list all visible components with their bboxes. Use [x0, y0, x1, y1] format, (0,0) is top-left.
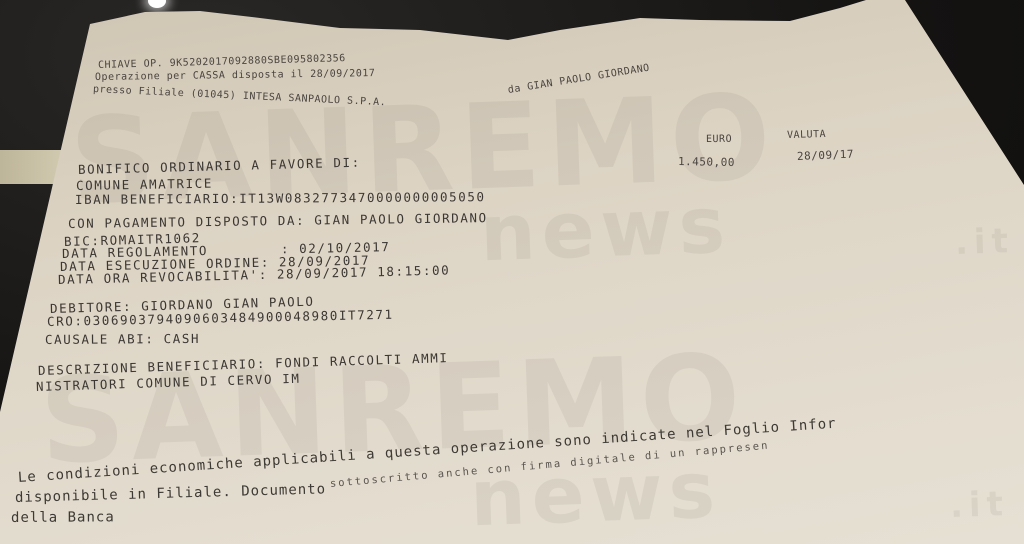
footer-conditions-line3: della Banca — [11, 509, 115, 526]
photo-scene: SANREMO news .it SANREMO news .it CHIAVE… — [0, 0, 1024, 544]
operazione-text: Operazione per CASSA disposta il 28/09/2… — [95, 68, 376, 83]
footer-conditions-line2a: disponibile in Filiale. Documento — [15, 481, 326, 506]
valuta-label: VALUTA — [787, 129, 826, 141]
bank-receipt: SANREMO news .it SANREMO news .it CHIAVE… — [0, 0, 1024, 544]
watermark-tld: .it — [954, 221, 1014, 263]
operazione-ordinante: da GIAN PAOLO GIORDANO — [507, 63, 650, 96]
filiale-text: presso Filiale (01045) INTESA SANPAOLO S… — [93, 84, 387, 108]
euro-amount: 1.450,00 — [678, 155, 735, 169]
light-flare — [148, 0, 166, 8]
bonifico-title: BONIFICO ORDINARIO A FAVORE DI: — [78, 155, 361, 177]
causale-abi: CAUSALE ABI: CASH — [45, 331, 200, 347]
watermark-sub: news — [479, 181, 733, 280]
watermark-tld: .it — [949, 484, 1009, 526]
valuta-date: 28/09/17 — [797, 148, 854, 163]
disposto-da: CON PAGAMENTO DISPOSTO DA: GIAN PAOLO GI… — [68, 210, 488, 231]
euro-label: EURO — [706, 134, 732, 145]
iban-beneficiario: IBAN BENEFICIARIO:IT13W08327734700000000… — [75, 189, 486, 207]
